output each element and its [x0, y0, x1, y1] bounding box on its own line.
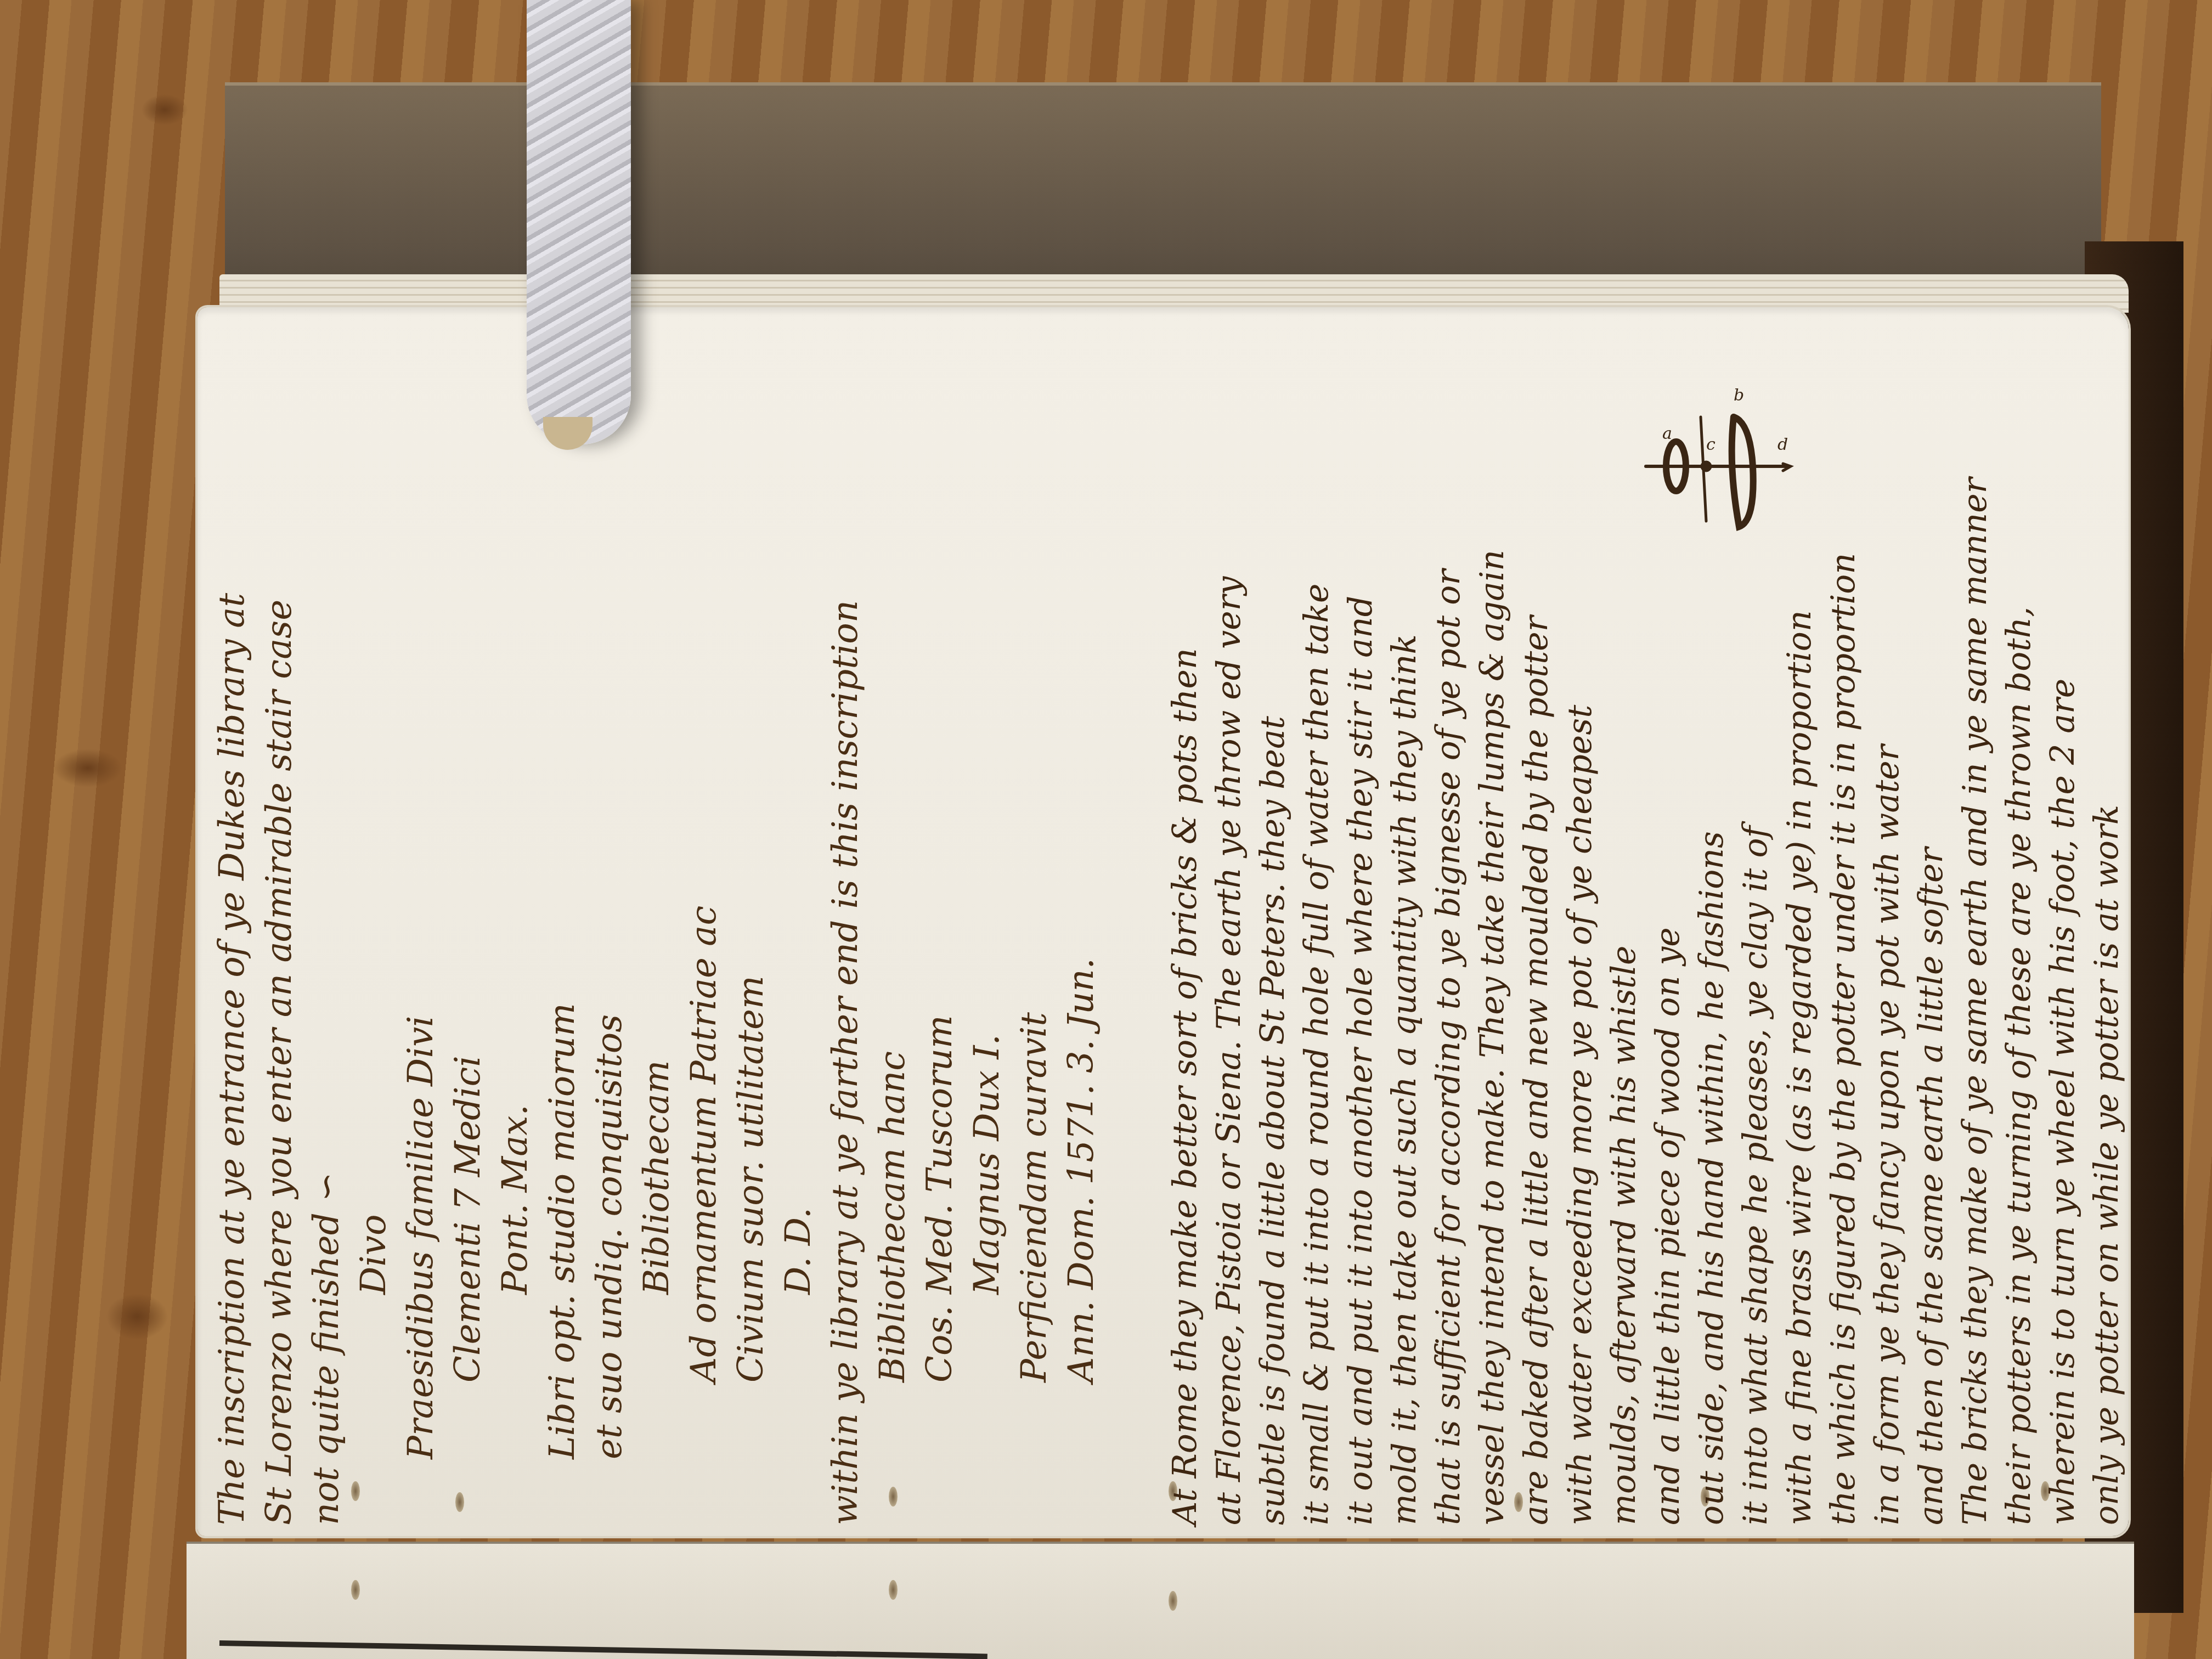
bookmark-cord [527, 0, 631, 444]
notes-line: in a form ye they fancy upon ye pot with… [1865, 318, 1909, 1525]
date-line: Ann. Dom. 1571. 3. Jun. [1058, 318, 1105, 1525]
inscription-line: Civium suor. utilitatem [727, 318, 775, 1525]
notes-line: vessel they intend to make. They take th… [1470, 318, 1514, 1525]
potters-wheel-sketch-icon: a b c d [1624, 357, 1799, 532]
intro-line: not quite finished ∽ [303, 318, 350, 1525]
sewing-hole [351, 1580, 360, 1600]
inscription-line: Perficiendam curavit [1011, 318, 1058, 1525]
notes-line: only ye potter on while ye potter is at … [2085, 318, 2129, 1525]
notes-line: and then of the same earth a little soft… [1909, 318, 1953, 1525]
notes-line: it small & put it into a round hole full… [1295, 318, 1339, 1525]
intro-line: The inscription at ye entrance of ye Duk… [208, 318, 256, 1525]
inscription-line: Cos. Med. Tuscorum [916, 318, 963, 1525]
inscription-line: Pont. Max. [492, 318, 539, 1525]
notes-line: mold it, then take out such a quantity w… [1383, 318, 1426, 1525]
notes-line: their potters in ye turning of these are… [1997, 318, 2041, 1525]
notes-line: The bricks they make of ye same earth an… [1953, 318, 1997, 1525]
sewing-hole [1169, 1591, 1177, 1611]
inscription-text-block: The inscription at ye entrance of ye Duk… [208, 318, 1105, 1525]
inscription-line: et suo undiq. conquisitos [586, 318, 633, 1525]
inscription-2-intro: within ye library at ye farther end is t… [822, 318, 869, 1525]
notes-line: with water exceeding more ye pot of ye c… [1558, 318, 1602, 1525]
notes-line: wherein is to turn ye wheel with his foo… [2041, 318, 2085, 1525]
inscription-line: Ad ornamentum Patriae ac [680, 318, 727, 1525]
svg-text:a: a [1662, 424, 1672, 443]
inscription-line: Libri opt. studio maiorum [539, 318, 586, 1525]
notes-line: At Rome they make better sort of bricks … [1163, 318, 1207, 1525]
intro-line: St Lorenzo where you enter an admirable … [256, 318, 303, 1525]
notes-line: the which is figured by the potter under… [1821, 318, 1865, 1525]
inscription-line: Bibliothecam [633, 318, 680, 1525]
inscription-line: Praesidibus familiae Divi [397, 318, 444, 1525]
notes-line: are baked after a little and new moulded… [1514, 318, 1558, 1525]
sewing-hole [889, 1580, 898, 1600]
inscription-line: D. D. [775, 318, 822, 1525]
inscription-line: Magnus Dux I. [963, 318, 1011, 1525]
svg-text:d: d [1778, 435, 1788, 454]
notes-line: at Florence, Pistoia or Siena. The earth… [1207, 318, 1251, 1525]
svg-text:b: b [1734, 386, 1744, 405]
notes-line: subtle is found a little about St Peters… [1251, 318, 1295, 1525]
inscription-line: Bibliothecam hanc [869, 318, 916, 1525]
svg-text:c: c [1706, 435, 1716, 454]
notes-line: that is sufficient for according to ye b… [1426, 318, 1470, 1525]
inscription-line: Divo [350, 318, 397, 1525]
notes-line: it out and put it into another hole wher… [1339, 318, 1383, 1525]
inscription-line: Clementi 7 Medici [444, 318, 492, 1525]
facing-page-edge [187, 1542, 2134, 1659]
